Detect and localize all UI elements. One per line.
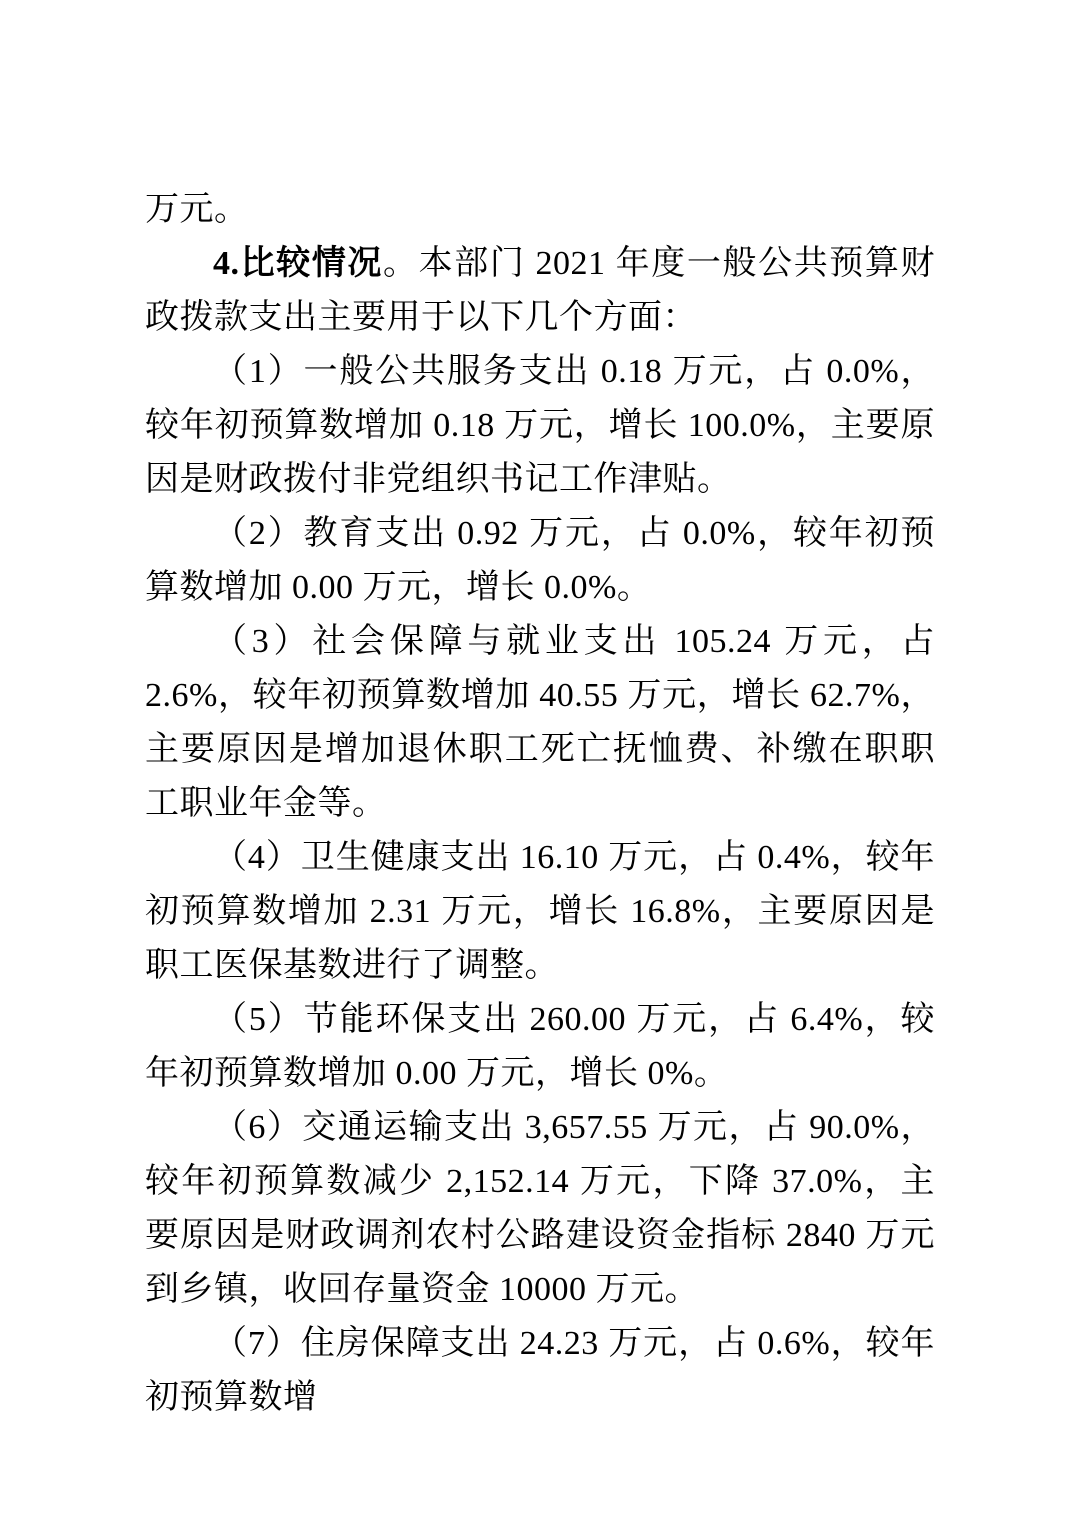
paragraph-section-heading: 4.比较情况。本部门 2021 年度一般公共预算财政拨款支出主要用于以下几个方面…	[145, 237, 935, 345]
paragraph-item-6: （6）交通运输支出 3,657.55 万元，占 90.0%，较年初预算数减少 2…	[145, 1101, 935, 1317]
paragraph-item-7: （7）住房保障支出 24.23 万元，占 0.6%，较年初预算数增	[145, 1317, 935, 1425]
paragraph-text: 万元。	[145, 191, 249, 228]
document-page: 万元。 4.比较情况。本部门 2021 年度一般公共预算财政拨款支出主要用于以下…	[0, 0, 1075, 1521]
paragraph-item-2: （2）教育支出 0.92 万元，占 0.0%，较年初预算数增加 0.00 万元，…	[145, 507, 935, 615]
paragraph-item-5: （5）节能环保支出 260.00 万元，占 6.4%，较年初预算数增加 0.00…	[145, 993, 935, 1101]
paragraph-item-4: （4）卫生健康支出 16.10 万元，占 0.4%，较年初预算数增加 2.31 …	[145, 831, 935, 993]
section-heading-label: 4.比较情况	[213, 245, 383, 282]
paragraph-continuation: 万元。	[145, 183, 935, 237]
paragraph-item-1: （1）一般公共服务支出 0.18 万元，占 0.0%，较年初预算数增加 0.18…	[145, 345, 935, 507]
paragraph-item-3: （3）社会保障与就业支出 105.24 万元，占 2.6%，较年初预算数增加 4…	[145, 615, 935, 831]
